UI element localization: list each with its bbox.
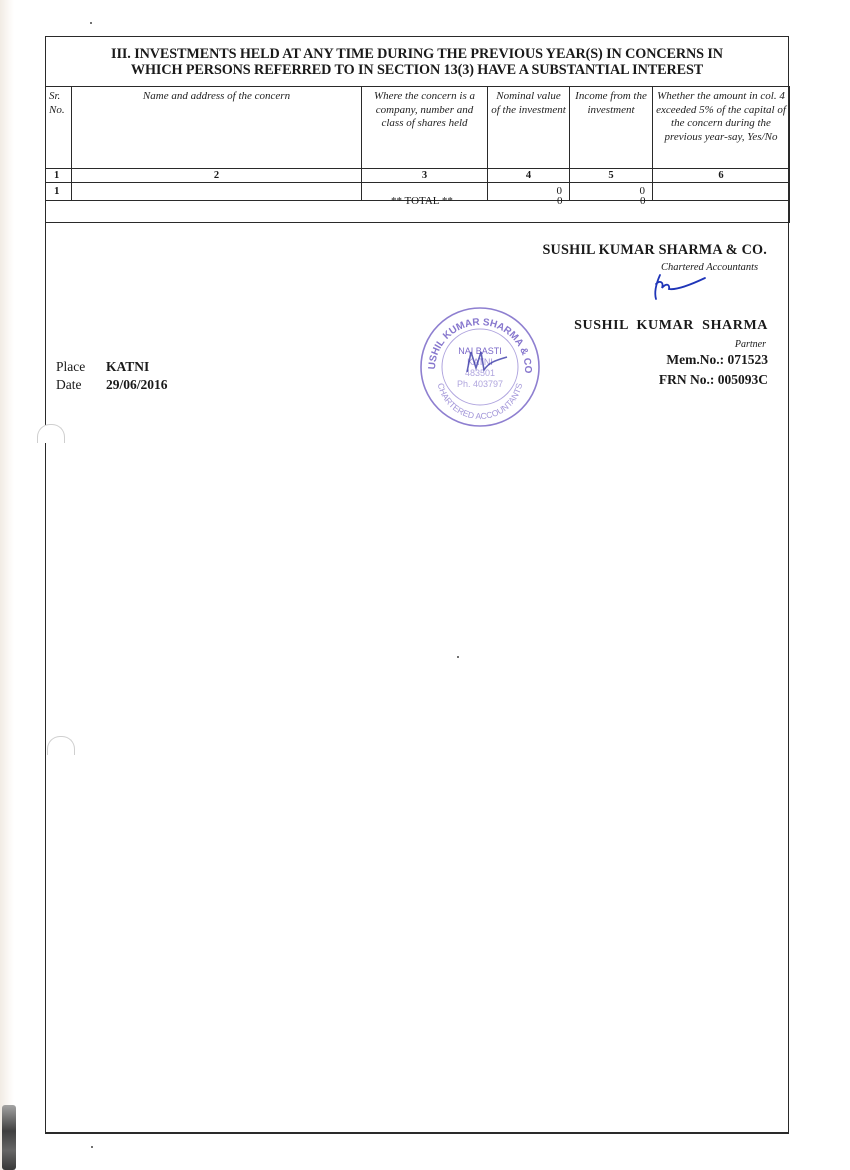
section-title: III. INVESTMENTS HELD AT ANY TIME DURING… xyxy=(45,36,789,87)
date-value: 29/06/2016 xyxy=(106,377,168,393)
total-row: ** TOTAL ** 0 0 xyxy=(46,201,790,223)
partner-name: SUSHIL KUMAR SHARMA xyxy=(574,318,768,334)
table-header-row: Sr. No. Name and address of the concern … xyxy=(46,87,790,169)
column-number: 4 xyxy=(488,169,570,183)
punch-hole xyxy=(47,736,75,755)
header-shares-held: Where the concern is a company, number a… xyxy=(362,87,488,169)
column-number: 3 xyxy=(362,169,488,183)
column-number: 2 xyxy=(72,169,362,183)
membership-number: Mem.No.: 071523 xyxy=(666,352,768,368)
stamp-line-4: Ph. 403797 xyxy=(457,379,503,389)
date-label: Date xyxy=(56,377,81,393)
header-income: Income from the investment xyxy=(570,87,653,169)
header-name-address: Name and address of the concern xyxy=(72,87,362,169)
column-number: 6 xyxy=(653,169,790,183)
frn-number: FRN No.: 005093C xyxy=(659,372,768,388)
header-nominal-value: Nominal value of the investment xyxy=(488,87,570,169)
partner-role: Partner xyxy=(735,339,766,350)
punch-hole xyxy=(37,424,65,443)
stamp-line-3: 483501 xyxy=(465,368,495,378)
column-number: 5 xyxy=(570,169,653,183)
total-nominal-value: 0 xyxy=(557,191,563,212)
signature-icon xyxy=(650,272,720,302)
column-number: 1 xyxy=(46,169,72,183)
place-label: Place xyxy=(56,359,85,375)
stamp-line-2: KATNI xyxy=(467,357,493,367)
section-title-line-2: WHICH PERSONS REFERRED TO IN SECTION 13(… xyxy=(45,62,789,78)
column-number-row: 1 2 3 4 5 6 xyxy=(46,169,790,183)
section-title-line-1: III. INVESTMENTS HELD AT ANY TIME DURING… xyxy=(45,46,789,62)
firm-name: SUSHIL KUMAR SHARMA & CO. xyxy=(542,242,767,259)
place-value: KATNI xyxy=(106,359,149,375)
scan-speck xyxy=(457,656,459,658)
header-sr-no: Sr. No. xyxy=(46,87,72,169)
scan-edge xyxy=(0,0,14,1170)
total-label: ** TOTAL ** xyxy=(391,191,453,212)
header-exceeded-5pct: Whether the amount in col. 4 exceeded 5%… xyxy=(653,87,790,169)
scan-speck xyxy=(91,1146,93,1148)
investments-table: Sr. No. Name and address of the concern … xyxy=(45,86,790,223)
company-stamp-icon: SUSHIL KUMAR SHARMA & CO. CHARTERED ACCO… xyxy=(415,302,545,432)
total-income: 0 xyxy=(640,191,646,212)
scan-speck xyxy=(90,22,92,24)
scan-artifact xyxy=(2,1105,16,1170)
